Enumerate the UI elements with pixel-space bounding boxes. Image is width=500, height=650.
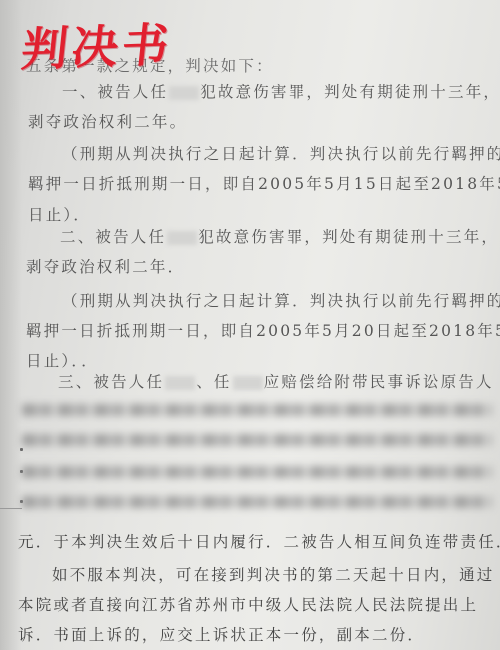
text-line-term-dates-2: 羁押一日折抵刑期一日，即自2005年5月20日起至2018年5月19 bbox=[26, 319, 500, 341]
text-line-deprivation-2: 剥夺政治权利二年． bbox=[26, 255, 185, 277]
compensation-mid: 、任 bbox=[196, 373, 231, 391]
page-edge-shadow bbox=[0, 0, 22, 650]
text-line-term-calc-1: （刑期从判决执行之日起计算．判决执行以前先行羁押的， bbox=[62, 142, 500, 164]
redacted-name bbox=[165, 376, 195, 390]
judgment-title-stamp: 判决书 bbox=[19, 21, 174, 72]
compensation-suffix: 应赔偿给附带民事诉讼原告人 bbox=[264, 373, 494, 391]
text-line-appeal-court: 本院或者直接向江苏省苏州市中级人民法院人民法院提出上 bbox=[18, 593, 478, 615]
text-line-term-end-1: 日止）． bbox=[28, 203, 91, 225]
text-line-joint-liability: 元．于本判决生效后十日内履行．二被告人相互间负连带责任． bbox=[18, 530, 500, 552]
text-line-defendant-1: 一、被告人任犯故意伤害罪，判处有期徒刑十三年， bbox=[62, 80, 500, 102]
blurred-text-row bbox=[22, 496, 492, 508]
redacted-name bbox=[233, 376, 263, 390]
blurred-text-row bbox=[22, 466, 492, 478]
text-line-appeal-notice: 如不服本判决，可在接到判决书的第二天起十日内，通过 bbox=[52, 563, 495, 585]
page-fold-line bbox=[0, 508, 22, 509]
defendant-2-suffix: 犯故意伤害罪，判处有期徒刑十三年， bbox=[198, 228, 499, 246]
text-line-appeal-copies: 诉．书面上诉的，应交上诉状正本一份，副本二份． bbox=[18, 623, 425, 645]
text-line-defendant-2: 二、被告人任犯故意伤害罪，判处有期徒刑十三年， bbox=[60, 225, 499, 247]
blurred-text-row bbox=[22, 404, 492, 416]
text-line-term-end-2: 日止）．． bbox=[26, 349, 99, 371]
defendant-2-prefix: 二、被告人任 bbox=[60, 228, 166, 246]
compensation-prefix: 三、被告人任 bbox=[58, 373, 164, 391]
text-line-compensation: 三、被告人任、任应赔偿给附带民事诉讼原告人 bbox=[58, 370, 494, 392]
defendant-1-prefix: 一、被告人任 bbox=[62, 83, 168, 101]
redacted-name bbox=[167, 231, 197, 245]
defendant-1-suffix: 犯故意伤害罪，判处有期徒刑十三年， bbox=[200, 83, 500, 101]
text-line-deprivation-1: 剥夺政治权利二年。 bbox=[28, 110, 187, 132]
text-line-term-dates-1: 羁押一日折抵刑期一日，即自2005年5月15日起至2018年5月14 bbox=[28, 172, 500, 194]
redacted-compensation-details bbox=[22, 398, 492, 508]
redacted-name bbox=[169, 86, 199, 100]
blurred-text-row bbox=[22, 434, 492, 446]
text-line-term-calc-2: （刑期从判决执行之日起计算．判决执行以前先行羁押的， bbox=[62, 289, 500, 311]
